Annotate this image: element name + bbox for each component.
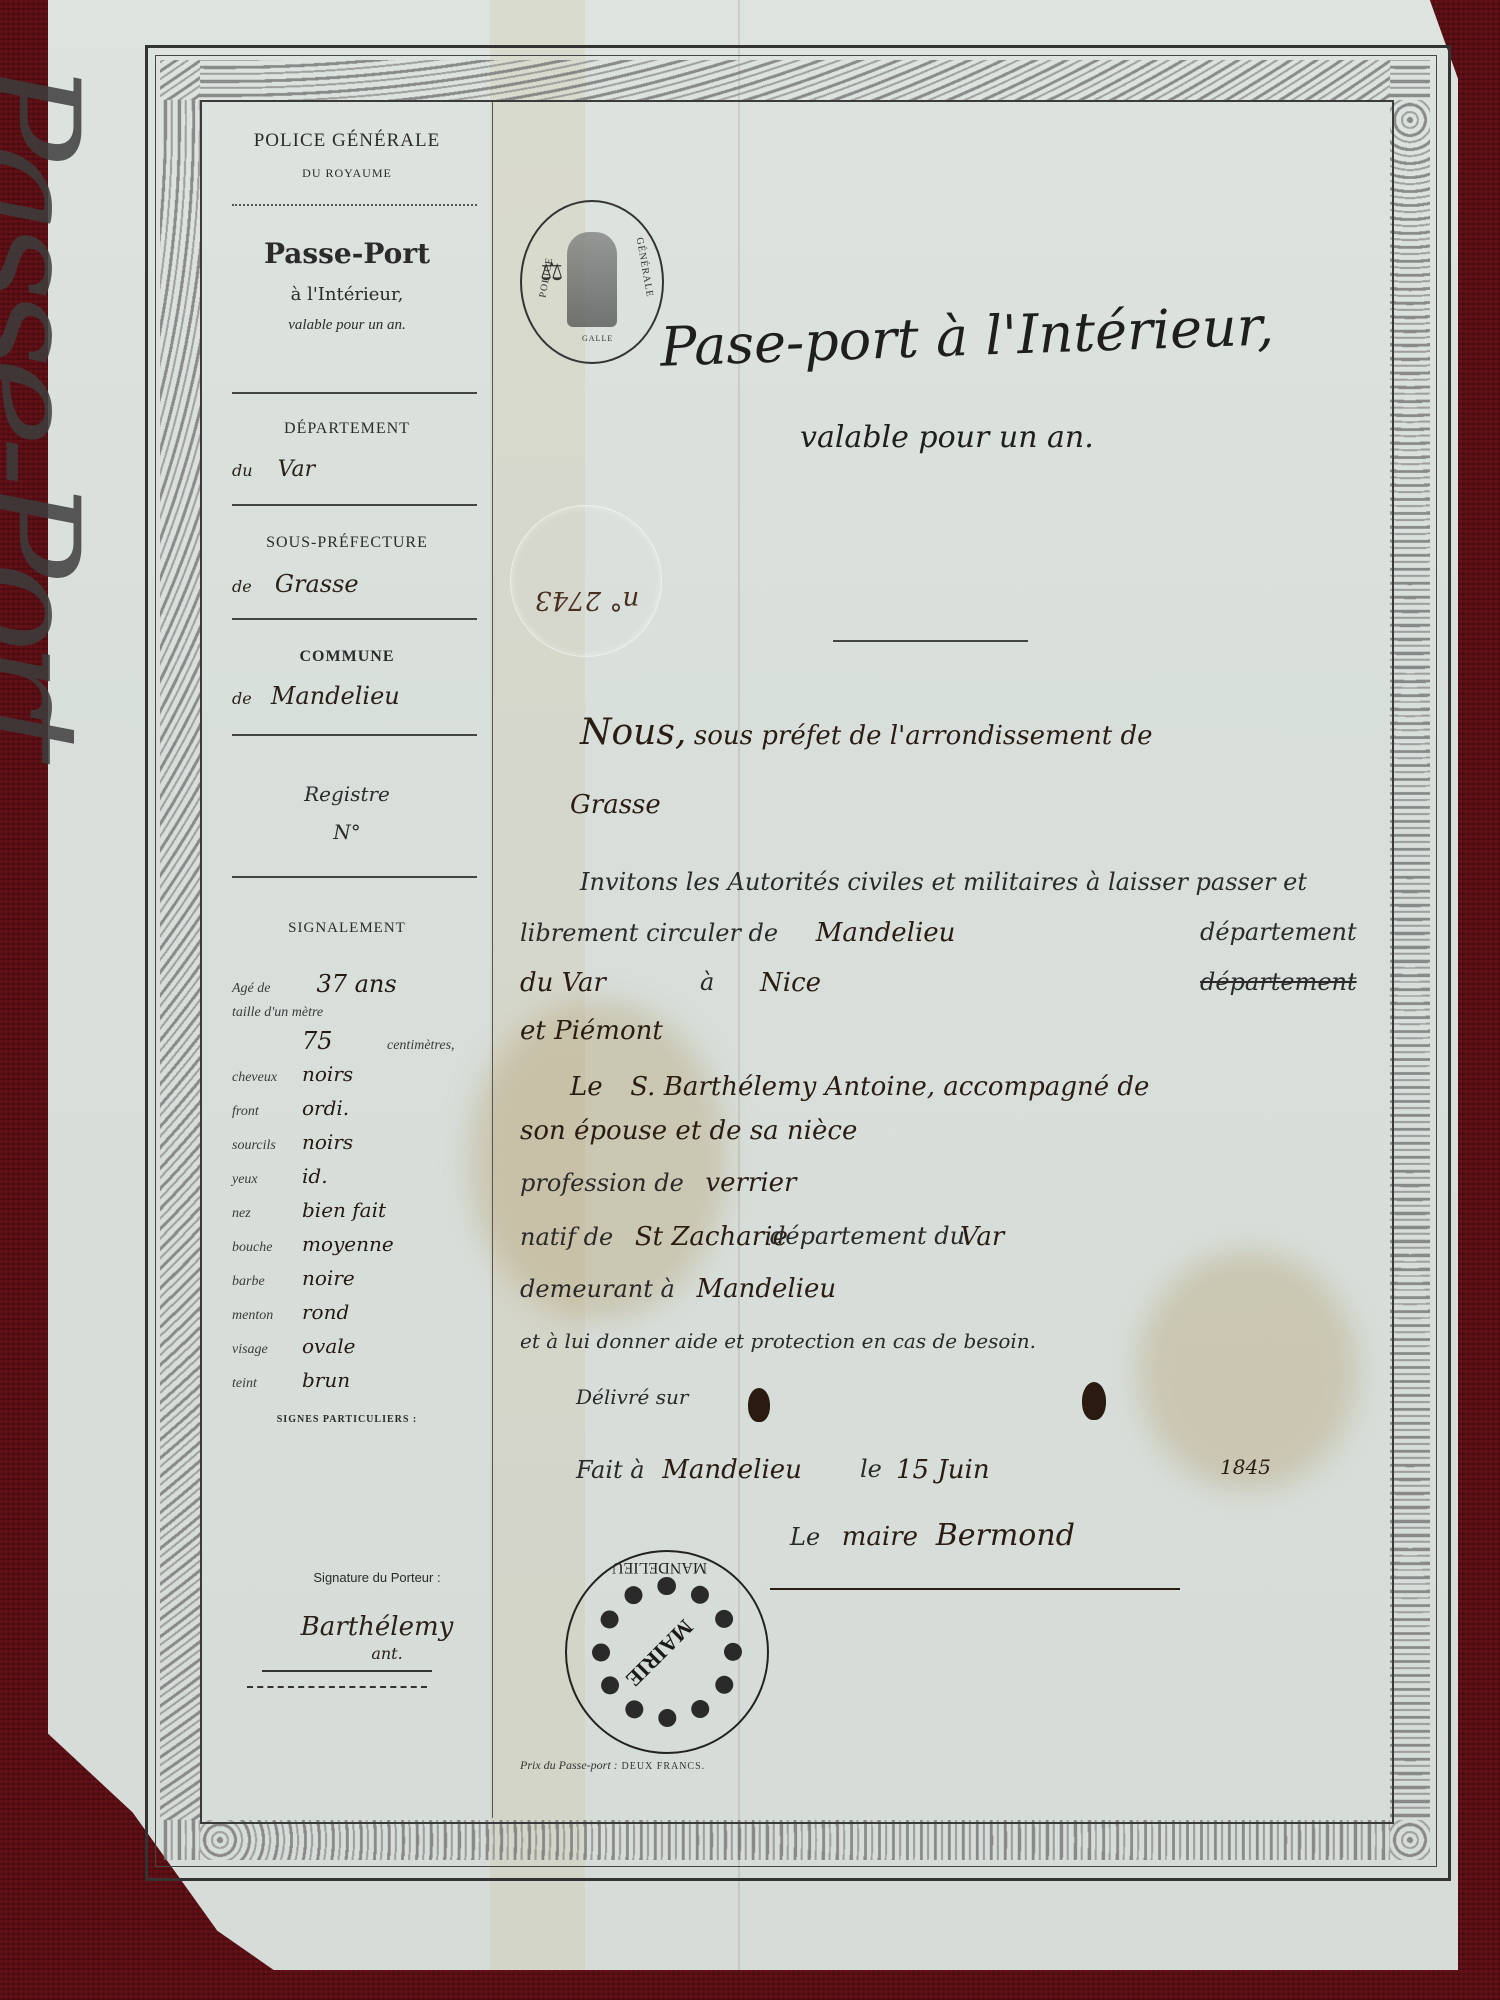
body-line-fait: Fait à Mandelieu le 15 Juin 1845 (520, 1455, 1340, 1485)
body-line-profession: profession de verrier (520, 1168, 1340, 1198)
body-line-invitons: Invitons les Autorités civiles et milita… (520, 868, 1340, 896)
taille-row: taille d'un mètre (232, 1004, 492, 1021)
age-row: Agé de 37 ans (232, 970, 492, 998)
margin-calligraphy: Passe-Port (0, 60, 110, 1760)
sous-prefecture-label: SOUS-PRÉFECTURE (202, 534, 492, 552)
signalement-label: SIGNALEMENT (202, 920, 492, 937)
divider (232, 392, 477, 394)
feature-row: bouchemoyenne (232, 1232, 492, 1256)
signature-underline (247, 1686, 427, 1688)
body-line-protection: et à lui donner aide et protection en ca… (520, 1326, 1340, 1354)
mayor-signature: Bermond (936, 1518, 1075, 1553)
commune-value: Mandelieu (271, 682, 400, 710)
feature-row: frontordi. (232, 1096, 492, 1120)
body-line-bearer: Le S. Barthélemy Antoine, accompagné de (520, 1072, 1340, 1102)
departement-field: du Var (232, 457, 315, 482)
registre-label: Registre (202, 782, 492, 806)
departement-label: DÉPARTEMENT (202, 420, 492, 438)
embossed-blind-stamp (510, 505, 662, 657)
feature-row: nezbien fait (232, 1198, 492, 1222)
body-line-signatory: Le maire Bermond (520, 1518, 1340, 1553)
body-line-natif: natif de St Zacharie département du Var (520, 1222, 1340, 1252)
feature-row: visageovale (232, 1334, 492, 1358)
body-line-destination: du Var à Nice département (520, 968, 1340, 998)
divider (232, 734, 477, 736)
register-number: n° 2743 (535, 585, 639, 615)
header-du-royaume: DU ROYAUME (202, 166, 492, 181)
issue-year: 1845 (1220, 1455, 1271, 1479)
feature-row: cheveuxnoirs (232, 1062, 492, 1086)
age-value: 37 ans (316, 970, 396, 998)
mairie-stamp: MANDELIEU MAIRIE (565, 1550, 769, 1754)
body-line-piemont: et Piémont (520, 1016, 1340, 1046)
taille-value: 75 (302, 1027, 333, 1055)
body-line-arrondissement: Grasse (520, 790, 1340, 820)
commune-label: COMMUNE (202, 648, 492, 666)
body-line-librement: librement circuler de Mandelieu départem… (520, 918, 1340, 948)
price-line: Prix du Passe-port : DEUX FRANCS. (520, 1758, 705, 1773)
departement-value: Var (278, 457, 316, 482)
feature-row: yeuxid. (232, 1164, 492, 1188)
feature-row: barbenoire (232, 1266, 492, 1290)
title-rule (833, 640, 1028, 642)
bearer-signature: Barthélemy (202, 1612, 522, 1642)
header-police-generale: POLICE GÉNÉRALE (202, 130, 492, 152)
ink-blot (1082, 1382, 1106, 1420)
feature-row: teintbrun (232, 1368, 492, 1392)
issue-place: Mandelieu (662, 1455, 802, 1485)
body-line-companions: son épouse et de sa nièce (520, 1116, 1340, 1146)
signature-underline (262, 1670, 432, 1672)
sous-prefecture-field: de Grasse (232, 570, 359, 598)
body-line-delivered: Délivré sur (520, 1382, 1340, 1410)
issue-date: 15 Juin (896, 1455, 990, 1485)
divider (232, 876, 477, 878)
sous-prefecture-value: Grasse (275, 570, 359, 598)
justice-figure-icon (567, 232, 617, 327)
taille-value-row: 75 centimètres, (232, 1027, 492, 1055)
stub-title: Passe-Port (202, 237, 492, 270)
feature-row: mentonrond (232, 1300, 492, 1324)
stub-subtitle: à l'Intérieur, (202, 284, 492, 305)
body-line-nous: Nous, sous préfet de l'arrondissement de (520, 712, 1340, 753)
birthplace-value: St Zacharie (635, 1222, 788, 1252)
body-line-demeurant: demeurant à Mandelieu (520, 1274, 1340, 1304)
signes-particuliers-label: SIGNES PARTICULIERS : (202, 1414, 492, 1425)
bearer-signature-sub: ant. (202, 1644, 532, 1663)
residence-value: Mandelieu (696, 1274, 836, 1304)
signature-label: Signature du Porteur : (202, 1570, 522, 1585)
profession-value: verrier (705, 1168, 796, 1198)
feature-row: sourcilsnoirs (232, 1130, 492, 1154)
dotted-divider (232, 204, 477, 206)
divider (232, 618, 477, 620)
main-subtitle: valable pour un an. (800, 420, 1094, 455)
commune-field: de Mandelieu (232, 682, 400, 710)
ink-blot (748, 1388, 770, 1422)
left-column-stub: POLICE GÉNÉRALE DU ROYAUME Passe-Port à … (202, 102, 493, 1818)
registre-number-label: N° (202, 820, 492, 844)
police-generale-seal: ⚖ POLICE GÉNÉRALE GALLE (520, 200, 664, 364)
divider (232, 504, 477, 506)
mayor-signature-underline (770, 1588, 1180, 1590)
stub-validity: valable pour un an. (202, 317, 492, 334)
